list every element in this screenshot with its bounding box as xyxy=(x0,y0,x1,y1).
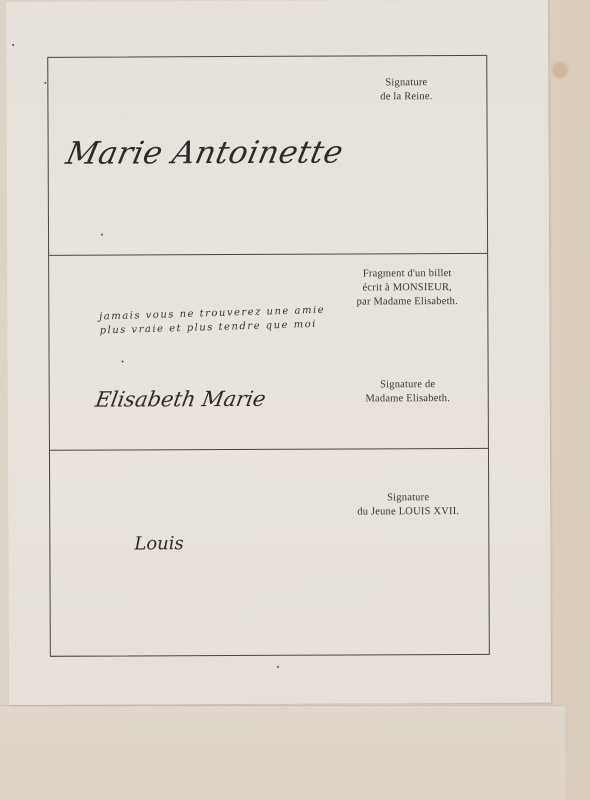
caption-queen: Signature de la Reine. xyxy=(346,76,466,105)
foxing-spot xyxy=(277,666,279,668)
section-queen: Signature de la Reine. Marie Antoinette xyxy=(48,56,487,256)
section-elisabeth: Fragment d'un billet écrit à MONSIEUR, p… xyxy=(49,254,488,451)
foxing-spot xyxy=(12,44,14,46)
foxing-spot xyxy=(122,360,124,362)
signature-marie-antoinette: Marie Antoinette xyxy=(63,135,347,172)
caption-billet: Fragment d'un billet écrit à MONSIEUR, p… xyxy=(337,267,477,310)
caption-elisabeth: Signature de Madame Elisabeth. xyxy=(348,378,468,407)
foxing-spot xyxy=(44,82,46,84)
signature-elisabeth-marie: Elisabeth Marie xyxy=(94,387,268,412)
signature-frame: Signature de la Reine. Marie Antoinette … xyxy=(47,55,490,657)
document-page: Signature de la Reine. Marie Antoinette … xyxy=(6,0,551,705)
signature-louis: Louis xyxy=(134,533,183,554)
billet-fragment: jamais vous ne trouverez une amie plus v… xyxy=(99,304,326,339)
section-louis: Signature du Jeune LOUIS XVII. Louis xyxy=(50,449,489,656)
caption-louis: Signature du Jeune LOUIS XVII. xyxy=(338,491,478,520)
lower-sheet xyxy=(0,705,565,800)
foxing-spot xyxy=(101,234,103,236)
